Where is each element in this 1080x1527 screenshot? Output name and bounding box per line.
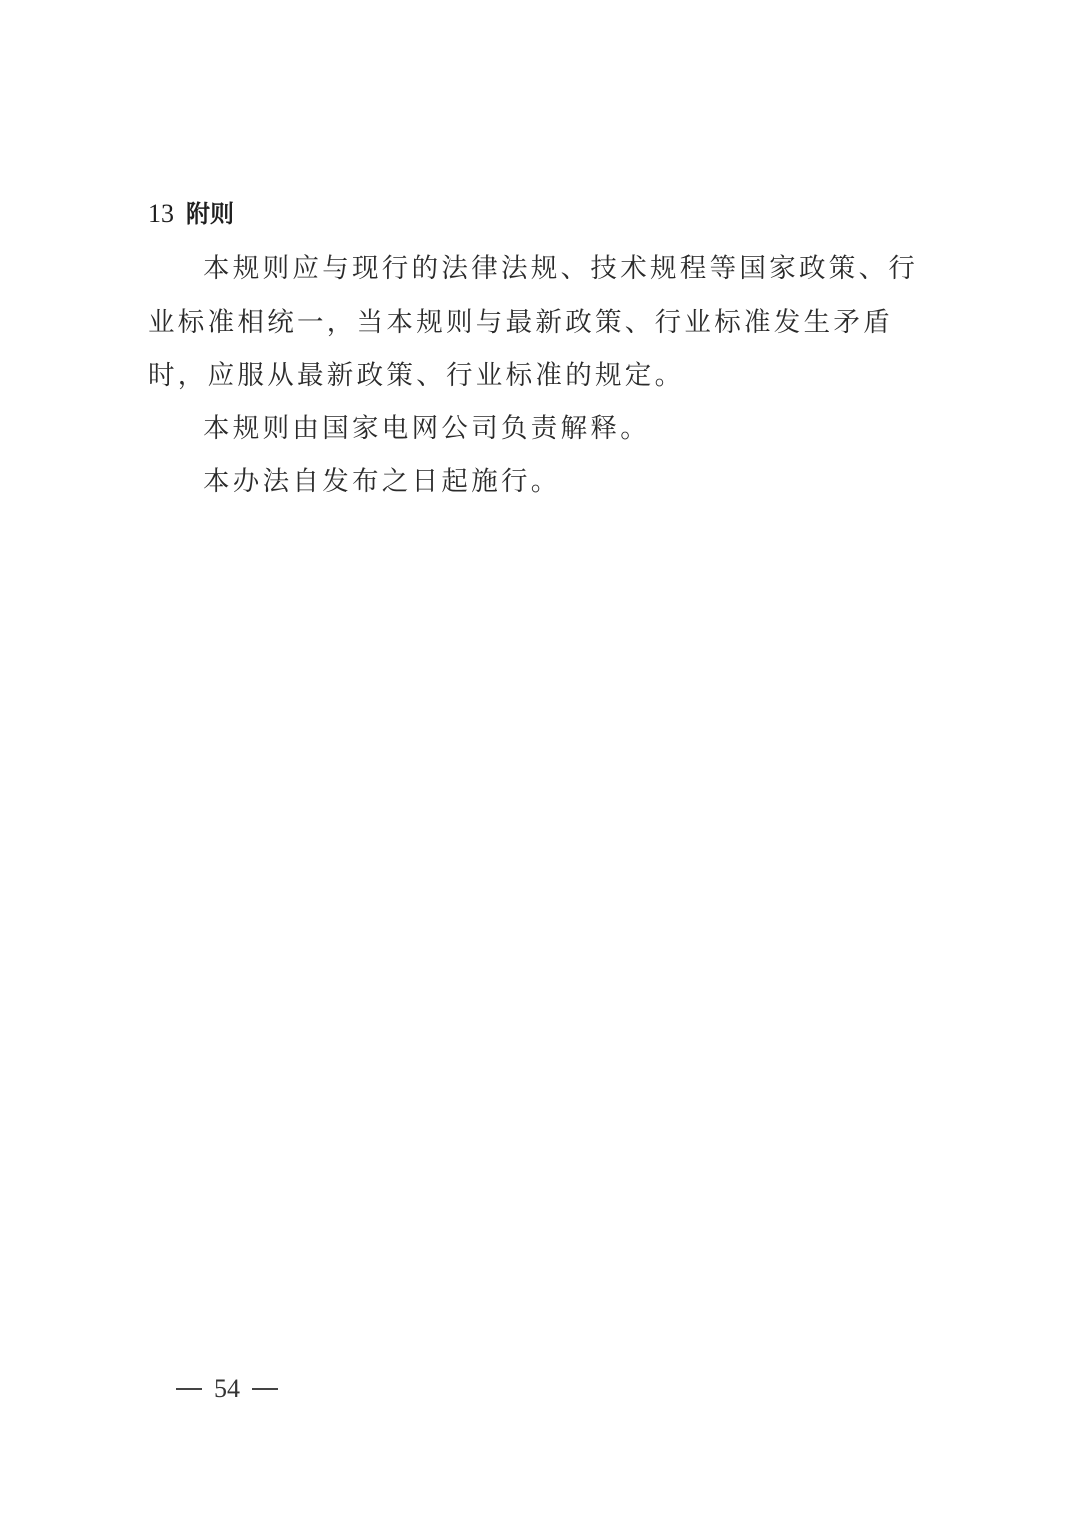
paragraph-interpretation: 本规则由国家电网公司负责解释。 [148,402,938,456]
paragraph-consistency: 本规则应与现行的法律法规、技术规程等国家政策、行业标准相统一，当本规则与最新政策… [148,242,938,403]
dash-left-decoration [176,1388,202,1390]
section-number: 13 [148,199,174,228]
dash-right-decoration [252,1388,278,1390]
paragraph-effective-date: 本办法自发布之日起施行。 [148,455,938,509]
section-heading: 13附则 [148,196,234,232]
page-footer: 54 [176,1374,278,1404]
section-title: 附则 [186,200,234,228]
page-number: 54 [214,1374,240,1404]
